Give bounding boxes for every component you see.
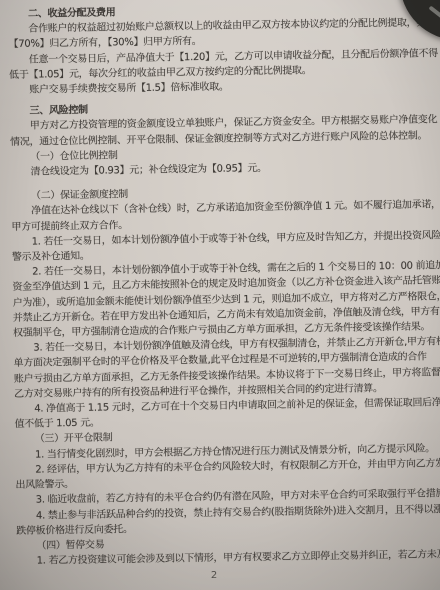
page-number: 2 [0, 570, 434, 581]
corner-glint [428, 5, 440, 18]
contract-page: 二、收益分配及费用合作账户的权益超过初始账户总额权以上的收益由甲乙双方按本协议约… [8, 0, 440, 569]
contract-photo: 二、收益分配及费用合作账户的权益超过初始账户总额权以上的收益由甲乙双方按本协议约… [0, 0, 440, 590]
